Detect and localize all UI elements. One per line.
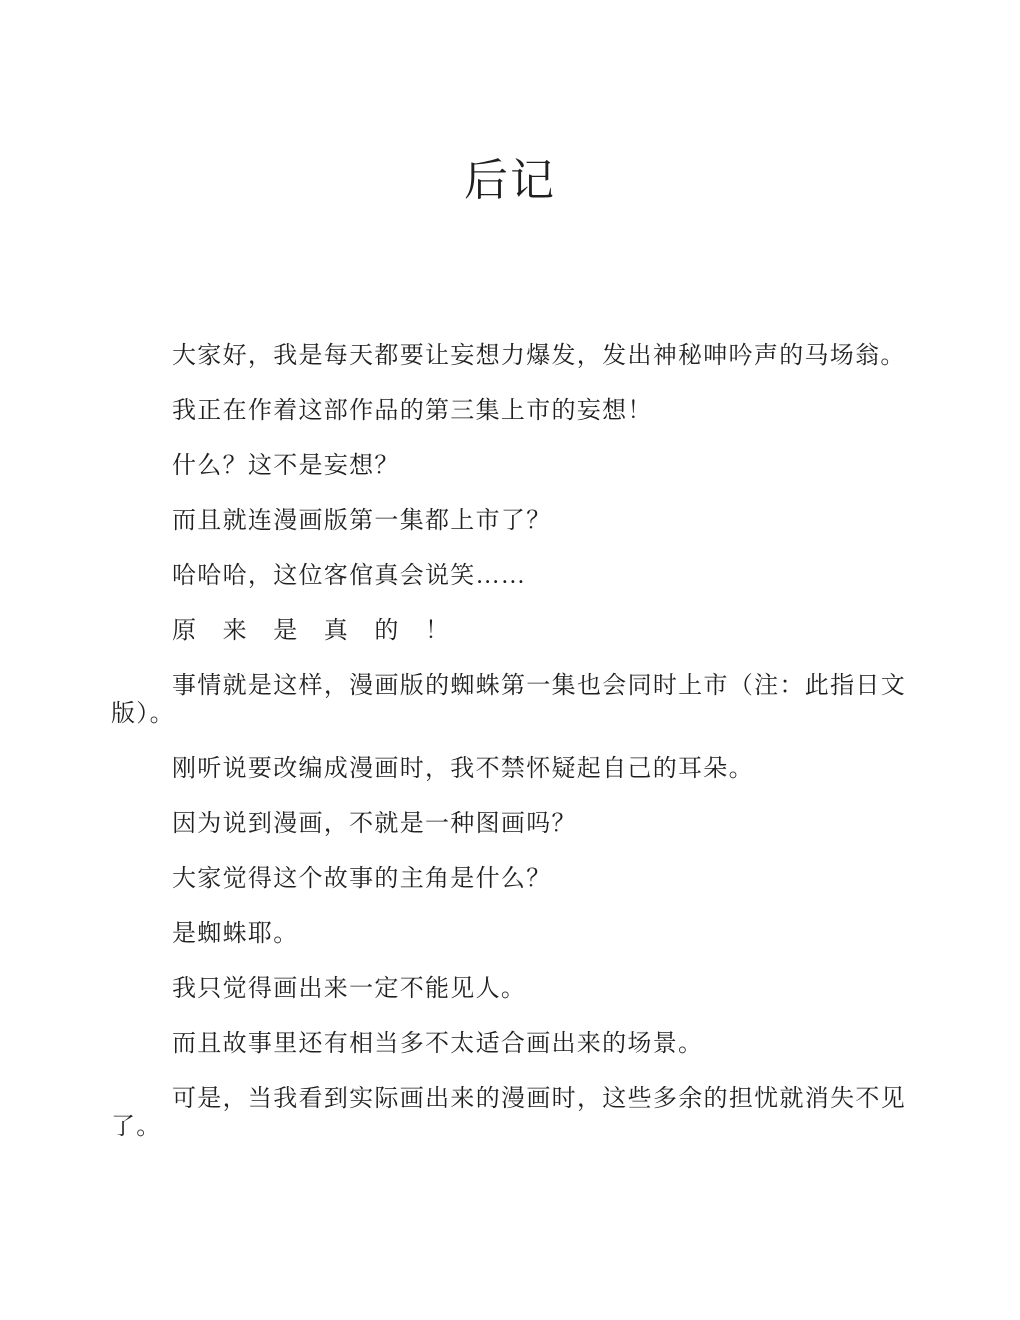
paragraph: 因为说到漫画，不就是一种图画吗？ [111,810,906,838]
paragraph: 事情就是这样，漫画版的蜘蛛第一集也会同时上市（注：此指日文版）。 [111,672,906,728]
afterword-text: 大家好，我是每天都要让妄想力爆发，发出神秘呻吟声的马场翁。 我正在作着这部作品的… [111,342,906,1141]
paragraph: 大家觉得这个故事的主角是什么？ [111,865,906,893]
document-page: 后记 大家好，我是每天都要让妄想力爆发，发出神秘呻吟声的马场翁。 我正在作着这部… [0,0,1020,1320]
paragraph: 我只觉得画出来一定不能见人。 [111,975,906,1003]
paragraph: 可是，当我看到实际画出来的漫画时，这些多余的担忧就消失不见了。 [111,1085,906,1141]
paragraph: 是蜘蛛耶。 [111,920,906,948]
paragraph: 而且故事里还有相当多不太适合画出来的场景。 [111,1030,906,1058]
paragraph: 哈哈哈，这位客倌真会说笑…… [111,562,906,590]
page-title: 后记 [0,155,1020,207]
paragraph: 我正在作着这部作品的第三集上市的妄想！ [111,397,906,425]
paragraph: 刚听说要改编成漫画时，我不禁怀疑起自己的耳朵。 [111,755,906,783]
paragraph: 而且就连漫画版第一集都上市了？ [111,507,906,535]
paragraph: 大家好，我是每天都要让妄想力爆发，发出神秘呻吟声的马场翁。 [111,342,906,370]
paragraph: 原 来 是 真 的 ！ [111,617,906,645]
paragraph: 什么？这不是妄想？ [111,452,906,480]
